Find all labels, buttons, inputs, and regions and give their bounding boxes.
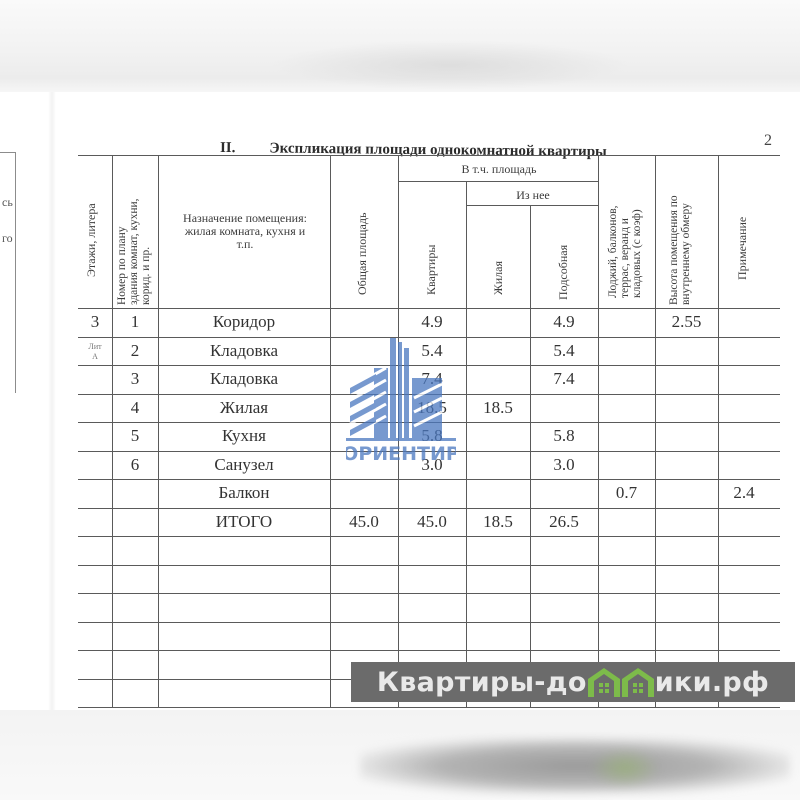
table-cell-purpose: Балкон (158, 483, 330, 503)
table-rule (466, 205, 598, 206)
header-apartment: Квартиры (425, 215, 437, 295)
table-cell-purpose: ИТОГО (158, 512, 330, 532)
table-cell-note: 2.4 (718, 483, 770, 503)
svg-text:ОРИЕНТИР: ОРИЕНТИР (346, 443, 456, 463)
banner-text-start: Квартиры-до (377, 667, 587, 698)
table-cell-auxiliary: 4.9 (530, 312, 598, 332)
header-height: Высота помещения по внутреннему обмеру (668, 170, 692, 305)
table-rule (330, 155, 331, 707)
table-cell-floor: 3 (78, 312, 112, 332)
table-cell-floor-sub: Лит А (78, 342, 112, 362)
table-cell-purpose: Кухня (158, 426, 330, 446)
table-cell-living: 18.5 (466, 512, 530, 532)
table-rule (78, 707, 780, 708)
header-auxiliary: Подсобная (557, 215, 569, 300)
table-rule (78, 650, 780, 651)
table-cell-height: 2.55 (655, 312, 718, 332)
table-cell-living: 18.5 (466, 398, 530, 418)
banner-text-end: ики.рф (655, 667, 769, 698)
header-floor: Этажи, литера (85, 175, 97, 305)
header-loggias: Лоджий, балконов, террас, веранд и кладо… (607, 168, 643, 298)
table-cell-total: 45.0 (330, 512, 398, 532)
blurred-green-reflection (590, 748, 660, 788)
table-cell-num: 2 (112, 341, 158, 361)
table-cell-num: 5 (112, 426, 158, 446)
table-cell-purpose: Кладовка (158, 341, 330, 361)
table-rule (78, 622, 780, 623)
table-cell-num: 4 (112, 398, 158, 418)
table-rule (78, 155, 780, 156)
header-living: Жилая (492, 235, 504, 295)
header-of-which: Из нее (468, 189, 598, 202)
site-watermark-banner: Квартиры-до ики.рф (351, 662, 795, 702)
table-cell-num: 1 (112, 312, 158, 332)
table-cell-num: 3 (112, 369, 158, 389)
table-cell-auxiliary: 26.5 (530, 512, 598, 532)
header-purpose: Назначение помещения: жилая комната, кух… (162, 212, 328, 251)
orientir-logo-icon: ОРИЕНТИР (346, 338, 456, 463)
table-rule (78, 565, 780, 566)
table-cell-apartment: 4.9 (398, 312, 466, 332)
blurred-watermark-reflection (360, 738, 790, 794)
table-cell-purpose: Кладовка (158, 369, 330, 389)
table-rule (398, 181, 598, 182)
table-rule (78, 593, 780, 594)
table-cell-auxiliary: 7.4 (530, 369, 598, 389)
table-cell-apartment: 45.0 (398, 512, 466, 532)
table-cell-purpose: Жилая (158, 398, 330, 418)
table-rule (78, 308, 780, 309)
header-total-area: Общая площадь (356, 185, 368, 295)
table-rule (718, 155, 719, 707)
table-cell-auxiliary: 3.0 (530, 455, 598, 475)
table-cell-purpose: Санузел (158, 455, 330, 475)
table-cell-purpose: Коридор (158, 312, 330, 332)
header-plan-number: Номер по плану здания комнат, кухни, кор… (116, 160, 152, 305)
table-rule (598, 155, 599, 707)
table-cell-auxiliary: 5.8 (530, 426, 598, 446)
header-incl-area: В т.ч. площадь (400, 163, 598, 176)
header-note: Примечание (736, 200, 748, 280)
table-cell-loggia: 0.7 (598, 483, 655, 503)
table-cell-num: 6 (112, 455, 158, 475)
houses-icon (588, 667, 654, 697)
table-rule (78, 508, 780, 509)
table-rule (466, 181, 467, 707)
table-rule (78, 479, 780, 480)
table-rule (78, 536, 780, 537)
table-cell-auxiliary: 5.4 (530, 341, 598, 361)
table-rule (655, 155, 656, 707)
